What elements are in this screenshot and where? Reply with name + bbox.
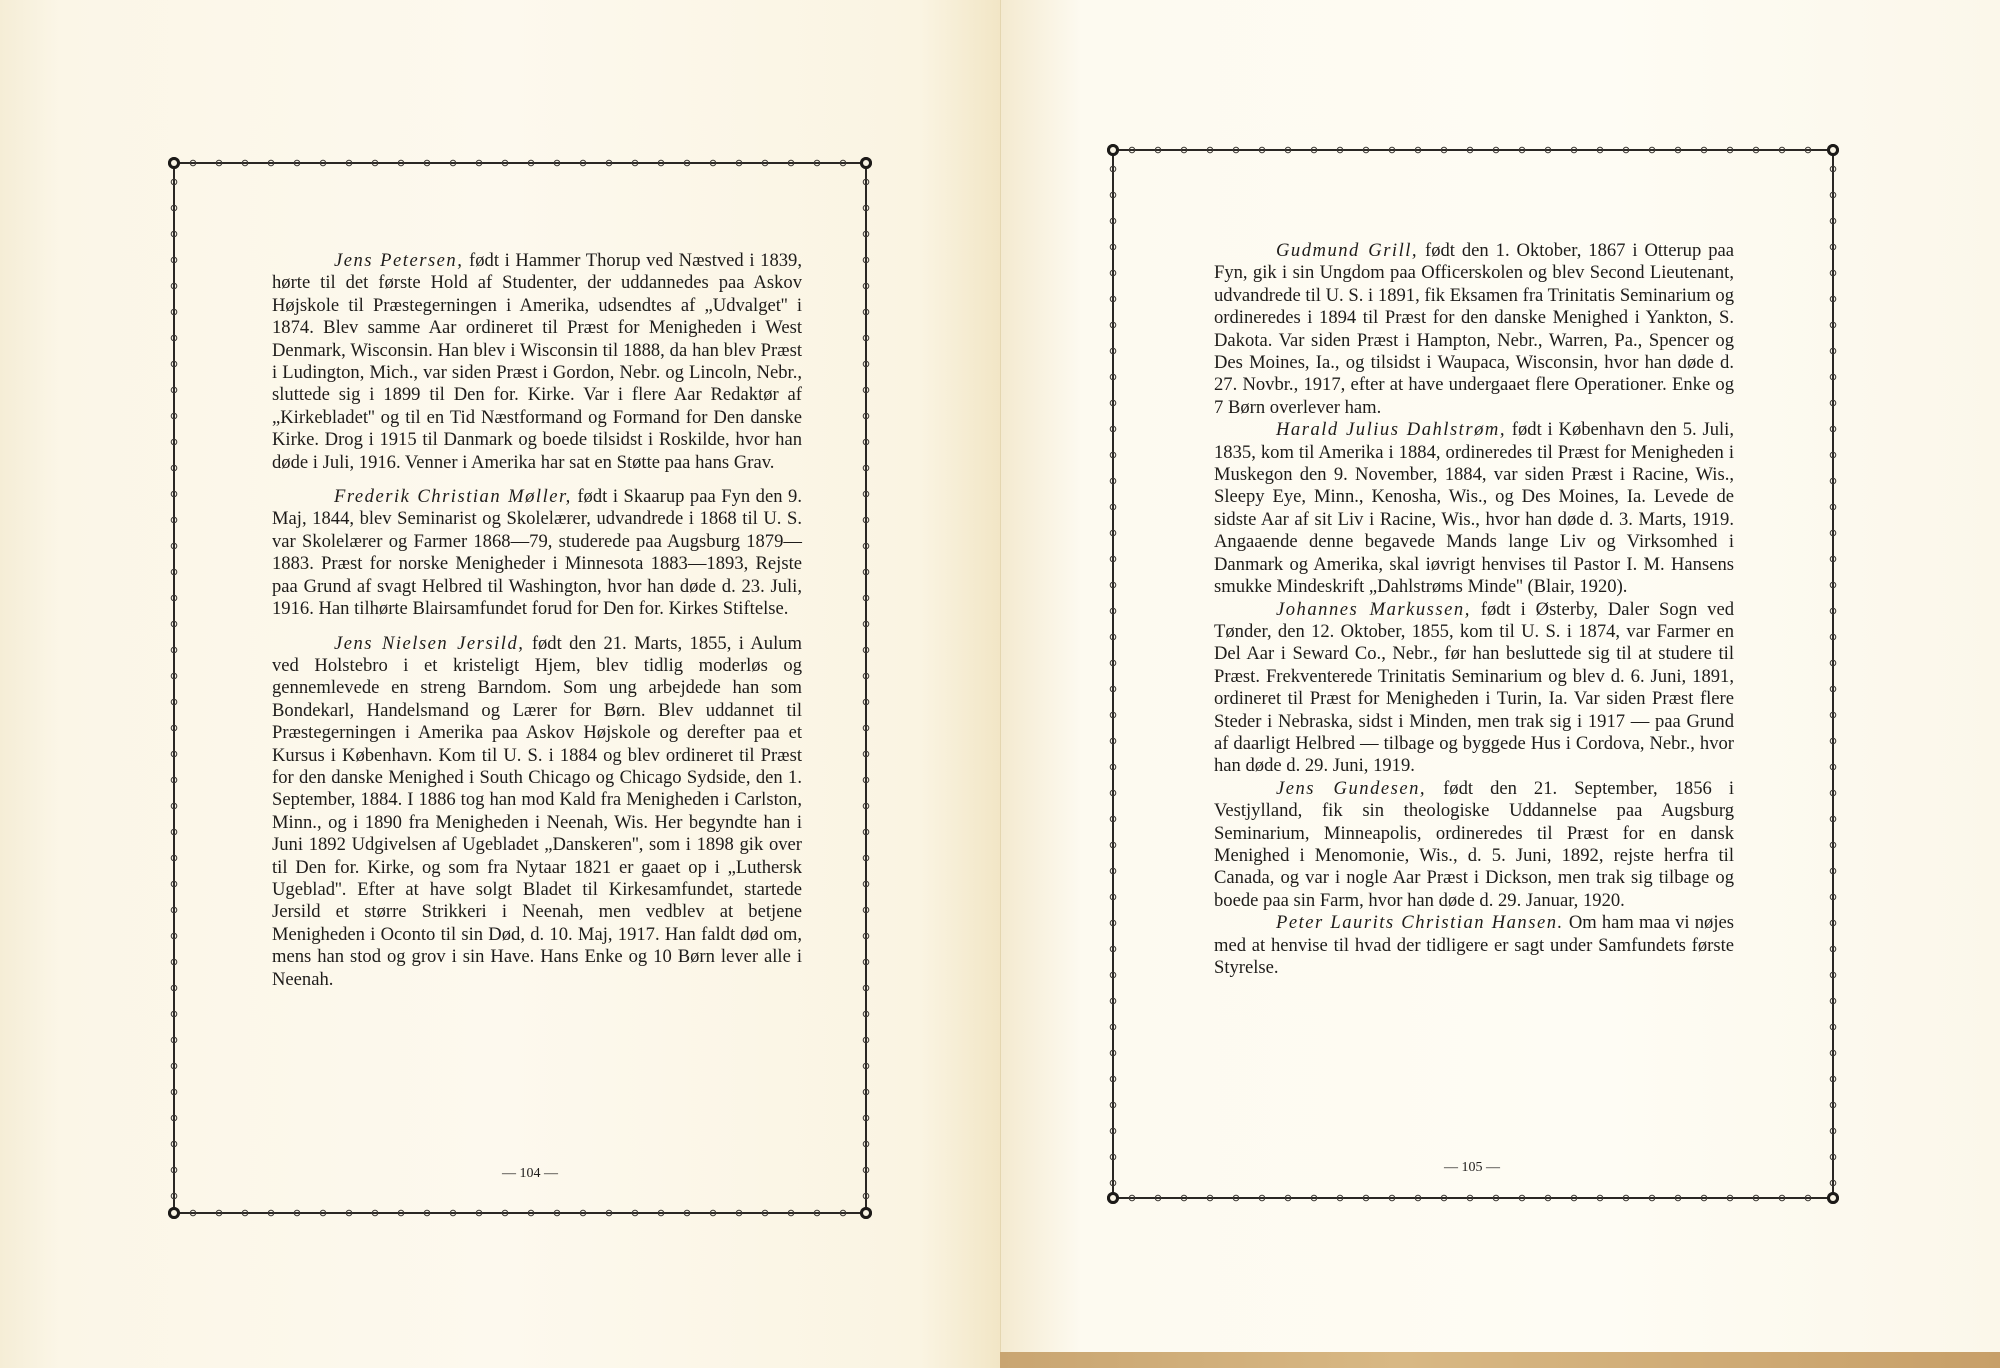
entry-harald-julius-dahlstrom: Harald Julius Dahlstrøm, født i Københav… — [1214, 419, 1734, 598]
border-right — [860, 169, 872, 1207]
corner-star-icon — [1827, 144, 1839, 156]
corner-star-icon — [860, 157, 872, 169]
entry-name: Frederik Christian Møller, — [334, 486, 572, 507]
entry-text: født den 21. Marts, 1855, i Aulum ved Ho… — [272, 633, 802, 990]
border-bottom — [180, 1207, 860, 1219]
entry-name: Harald Julius Dahlstrøm, — [1276, 419, 1506, 440]
page-number-left: — 104 — — [430, 1166, 630, 1182]
entry-name: Jens Gundesen, — [1276, 778, 1426, 799]
entry-jens-nielsen-jersild: Jens Nielsen Jersild, født den 21. Marts… — [272, 633, 802, 992]
page-number-right: — 105 — — [1372, 1160, 1572, 1176]
corner-star-icon — [860, 1207, 872, 1219]
left-page-text: Jens Petersen, født i Hammer Thorup ved … — [272, 250, 802, 991]
entry-text: født i Hammer Thorup ved Næstved i 1839,… — [272, 250, 802, 473]
entry-name: Peter Laurits Christian Hansen. — [1276, 912, 1564, 933]
right-page-text: Gudmund Grill, født den 1. Oktober, 1867… — [1214, 240, 1734, 979]
corner-star-icon — [168, 1207, 180, 1219]
corner-star-icon — [1107, 144, 1119, 156]
border-left — [1107, 156, 1119, 1192]
entry-gudmund-grill: Gudmund Grill, født den 1. Oktober, 1867… — [1214, 240, 1734, 419]
entry-johannes-markussen: Johannes Markussen, født i Østerby, Dale… — [1214, 599, 1734, 778]
entry-name: Jens Nielsen Jersild, — [334, 633, 524, 654]
border-top — [1119, 144, 1827, 156]
page-edge — [1000, 1352, 2000, 1368]
entry-text: født i Østerby, Daler Sogn ved Tønder, d… — [1214, 599, 1734, 777]
entry-peter-laurits-christian-hansen: Peter Laurits Christian Hansen. Om ham m… — [1214, 912, 1734, 979]
border-left — [168, 169, 180, 1207]
border-bottom — [1119, 1192, 1827, 1204]
corner-star-icon — [1827, 1192, 1839, 1204]
entry-jens-petersen: Jens Petersen, født i Hammer Thorup ved … — [272, 250, 802, 474]
entry-jens-gundesen: Jens Gundesen, født den 21. September, 1… — [1214, 778, 1734, 912]
entry-text: født i København den 5. Juli, 1835, kom … — [1214, 419, 1734, 597]
entry-name: Johannes Markussen, — [1276, 599, 1471, 620]
entry-frederik-christian-moller: Frederik Christian Møller, født i Skaaru… — [272, 486, 802, 620]
corner-star-icon — [168, 157, 180, 169]
border-top — [180, 157, 860, 169]
entry-name: Gudmund Grill, — [1276, 240, 1418, 261]
entry-name: Jens Petersen, — [334, 250, 463, 271]
corner-star-icon — [1107, 1192, 1119, 1204]
entry-text: født den 1. Oktober, 1867 i Otterup paa … — [1214, 240, 1734, 418]
border-right — [1827, 156, 1839, 1192]
